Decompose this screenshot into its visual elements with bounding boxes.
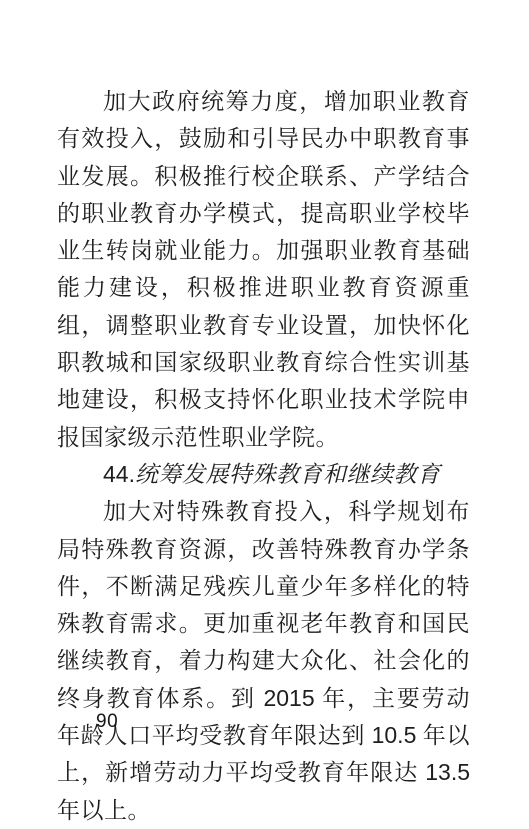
paragraph-vocational-education: 加大政府统筹力度，增加职业教育有效投入，鼓励和引导民办中职教育事业发展。积极推行…: [57, 83, 470, 456]
text-segment-song: 加大政府统筹力度，增加职业教育有效投入，鼓励和引导民办中职教育事业发展。积极推行…: [57, 89, 470, 450]
book-page: 加大政府统筹力度，增加职业教育有效投入，鼓励和引导民办中职教育事业发展。积极推行…: [0, 0, 529, 774]
paragraph-special-education: 加大对特殊教育投入，科学规划布局特殊教育资源，改善特殊教育办学条件，不断满足残疾…: [57, 493, 470, 774]
text-segment-num: 2015: [263, 685, 314, 711]
text-segment-song: 加大对特殊教育投入，科学规划布局特殊教育资源，改善特殊教育办学条件，不断满足残疾…: [57, 499, 470, 710]
section-heading-44: 44.统筹发展特殊教育和继续教育: [57, 456, 470, 493]
page-text-block: 加大政府统筹力度，增加职业教育有效投入，鼓励和引导民办中职教育事业发展。积极推行…: [57, 83, 470, 774]
text-segment-kai: 统筹发展特殊教育和继续教育: [135, 462, 441, 487]
text-segment-num: 13.5: [425, 759, 470, 774]
page-number: 90: [96, 711, 118, 733]
text-segment-num: 44.: [103, 461, 135, 487]
text-segment-num: 10.5: [372, 722, 417, 748]
